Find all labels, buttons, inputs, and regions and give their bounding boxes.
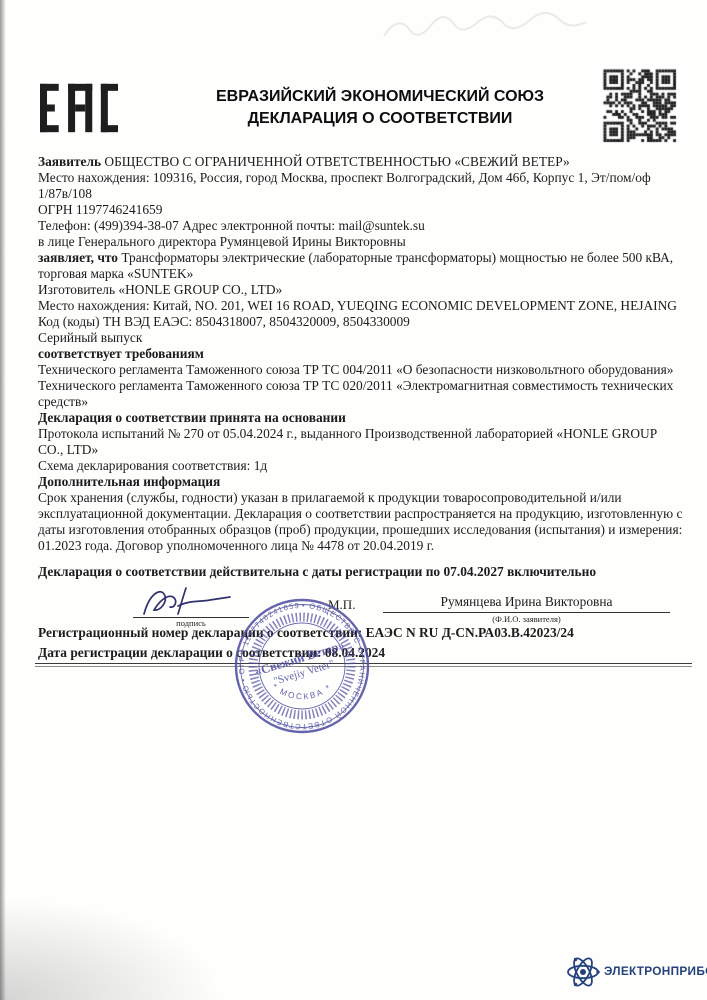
stamp-city-text: * МОСКВА * bbox=[270, 681, 334, 701]
eac-mark-logo bbox=[40, 76, 118, 140]
qr-code bbox=[600, 66, 680, 146]
body-line: Дополнительная информация bbox=[38, 474, 698, 490]
title-line-1: ЕВРАЗИЙСКИЙ ЭКОНОМИЧЕСКИЙ СОЮЗ bbox=[140, 86, 620, 108]
faint-handwriting bbox=[380, 6, 600, 54]
atom-icon bbox=[563, 951, 603, 993]
body-line: ОГРН 1197746241659 bbox=[38, 202, 698, 218]
body-line: Срок хранения (службы, годности) указан … bbox=[38, 490, 698, 506]
stamp-place-mark: М.П. bbox=[328, 597, 355, 613]
registration-date: Дата регистрации декларации о соответств… bbox=[38, 645, 385, 661]
body-line: заявляет, что Трансформаторы электрическ… bbox=[38, 250, 698, 266]
body-line: средств» bbox=[38, 394, 698, 410]
svg-text:* МОСКВА *: * МОСКВА * bbox=[270, 681, 334, 701]
applicant-name: Румянцева Ирина Викторовна bbox=[383, 594, 670, 610]
applicant-name-caption: (Ф.И.О. заявителя) bbox=[383, 614, 670, 624]
title-line-2: ДЕКЛАРАЦИЯ О СООТВЕТСТВИИ bbox=[140, 108, 620, 130]
body-line: торговая марка «SUNTEK» bbox=[38, 266, 698, 282]
electronpribor-logo-text: ЭЛЕКТРОНПРИБОР bbox=[604, 964, 707, 978]
body-line: Изготовитель «HONLE GROUP CO., LTD» bbox=[38, 282, 698, 298]
body-line: 1/87в/108 bbox=[38, 186, 698, 202]
applicant-name-line bbox=[383, 612, 670, 613]
document-title: ЕВРАЗИЙСКИЙ ЭКОНОМИЧЕСКИЙ СОЮЗ ДЕКЛАРАЦИ… bbox=[140, 86, 620, 130]
body-line: Декларация о соответствии принята на осн… bbox=[38, 410, 698, 426]
handwritten-signature bbox=[138, 584, 248, 620]
body-line: CO., LTD» bbox=[38, 442, 698, 458]
body-line: Технического регламента Таможенного союз… bbox=[38, 378, 698, 394]
validity-statement: Декларация о соответствии действительна … bbox=[38, 564, 596, 580]
body-line: Серийный выпуск bbox=[38, 330, 698, 346]
body-line: Схема декларирования соответствия: 1д bbox=[38, 458, 698, 474]
body-line: Место нахождения: 109316, Россия, город … bbox=[38, 170, 698, 186]
body-line: Код (коды) ТН ВЭД ЕАЭС: 8504318007, 8504… bbox=[38, 314, 698, 330]
body-line: даты изготовления отобранных образцов (п… bbox=[38, 522, 698, 538]
body-line: в лице Генерального директора Румянцевой… bbox=[38, 234, 698, 250]
bottom-divider bbox=[35, 663, 692, 667]
declaration-document: ЕВРАЗИЙСКИЙ ЭКОНОМИЧЕСКИЙ СОЮЗ ДЕКЛАРАЦИ… bbox=[0, 0, 707, 1000]
declaration-body: Заявитель ОБЩЕСТВО С ОГРАНИЧЕННОЙ ОТВЕТС… bbox=[38, 154, 698, 554]
registration-number: Регистрационный номер декларации о соотв… bbox=[38, 625, 574, 641]
body-line: соответствует требованиям bbox=[38, 346, 698, 362]
body-line: Заявитель ОБЩЕСТВО С ОГРАНИЧЕННОЙ ОТВЕТС… bbox=[38, 154, 698, 170]
body-line: эксплуатационной документации. Деклараци… bbox=[38, 506, 698, 522]
body-line: Протокола испытаний № 270 от 05.04.2024 … bbox=[38, 426, 698, 442]
body-line: 01.2023 года. Договор уполномоченного ли… bbox=[38, 538, 698, 554]
body-line: Место нахождения: Китай, NO. 201, WEI 16… bbox=[38, 298, 698, 314]
body-line: Телефон: (499)394-38-07 Адрес электронно… bbox=[38, 218, 698, 234]
body-line: Технического регламента Таможенного союз… bbox=[38, 362, 698, 378]
